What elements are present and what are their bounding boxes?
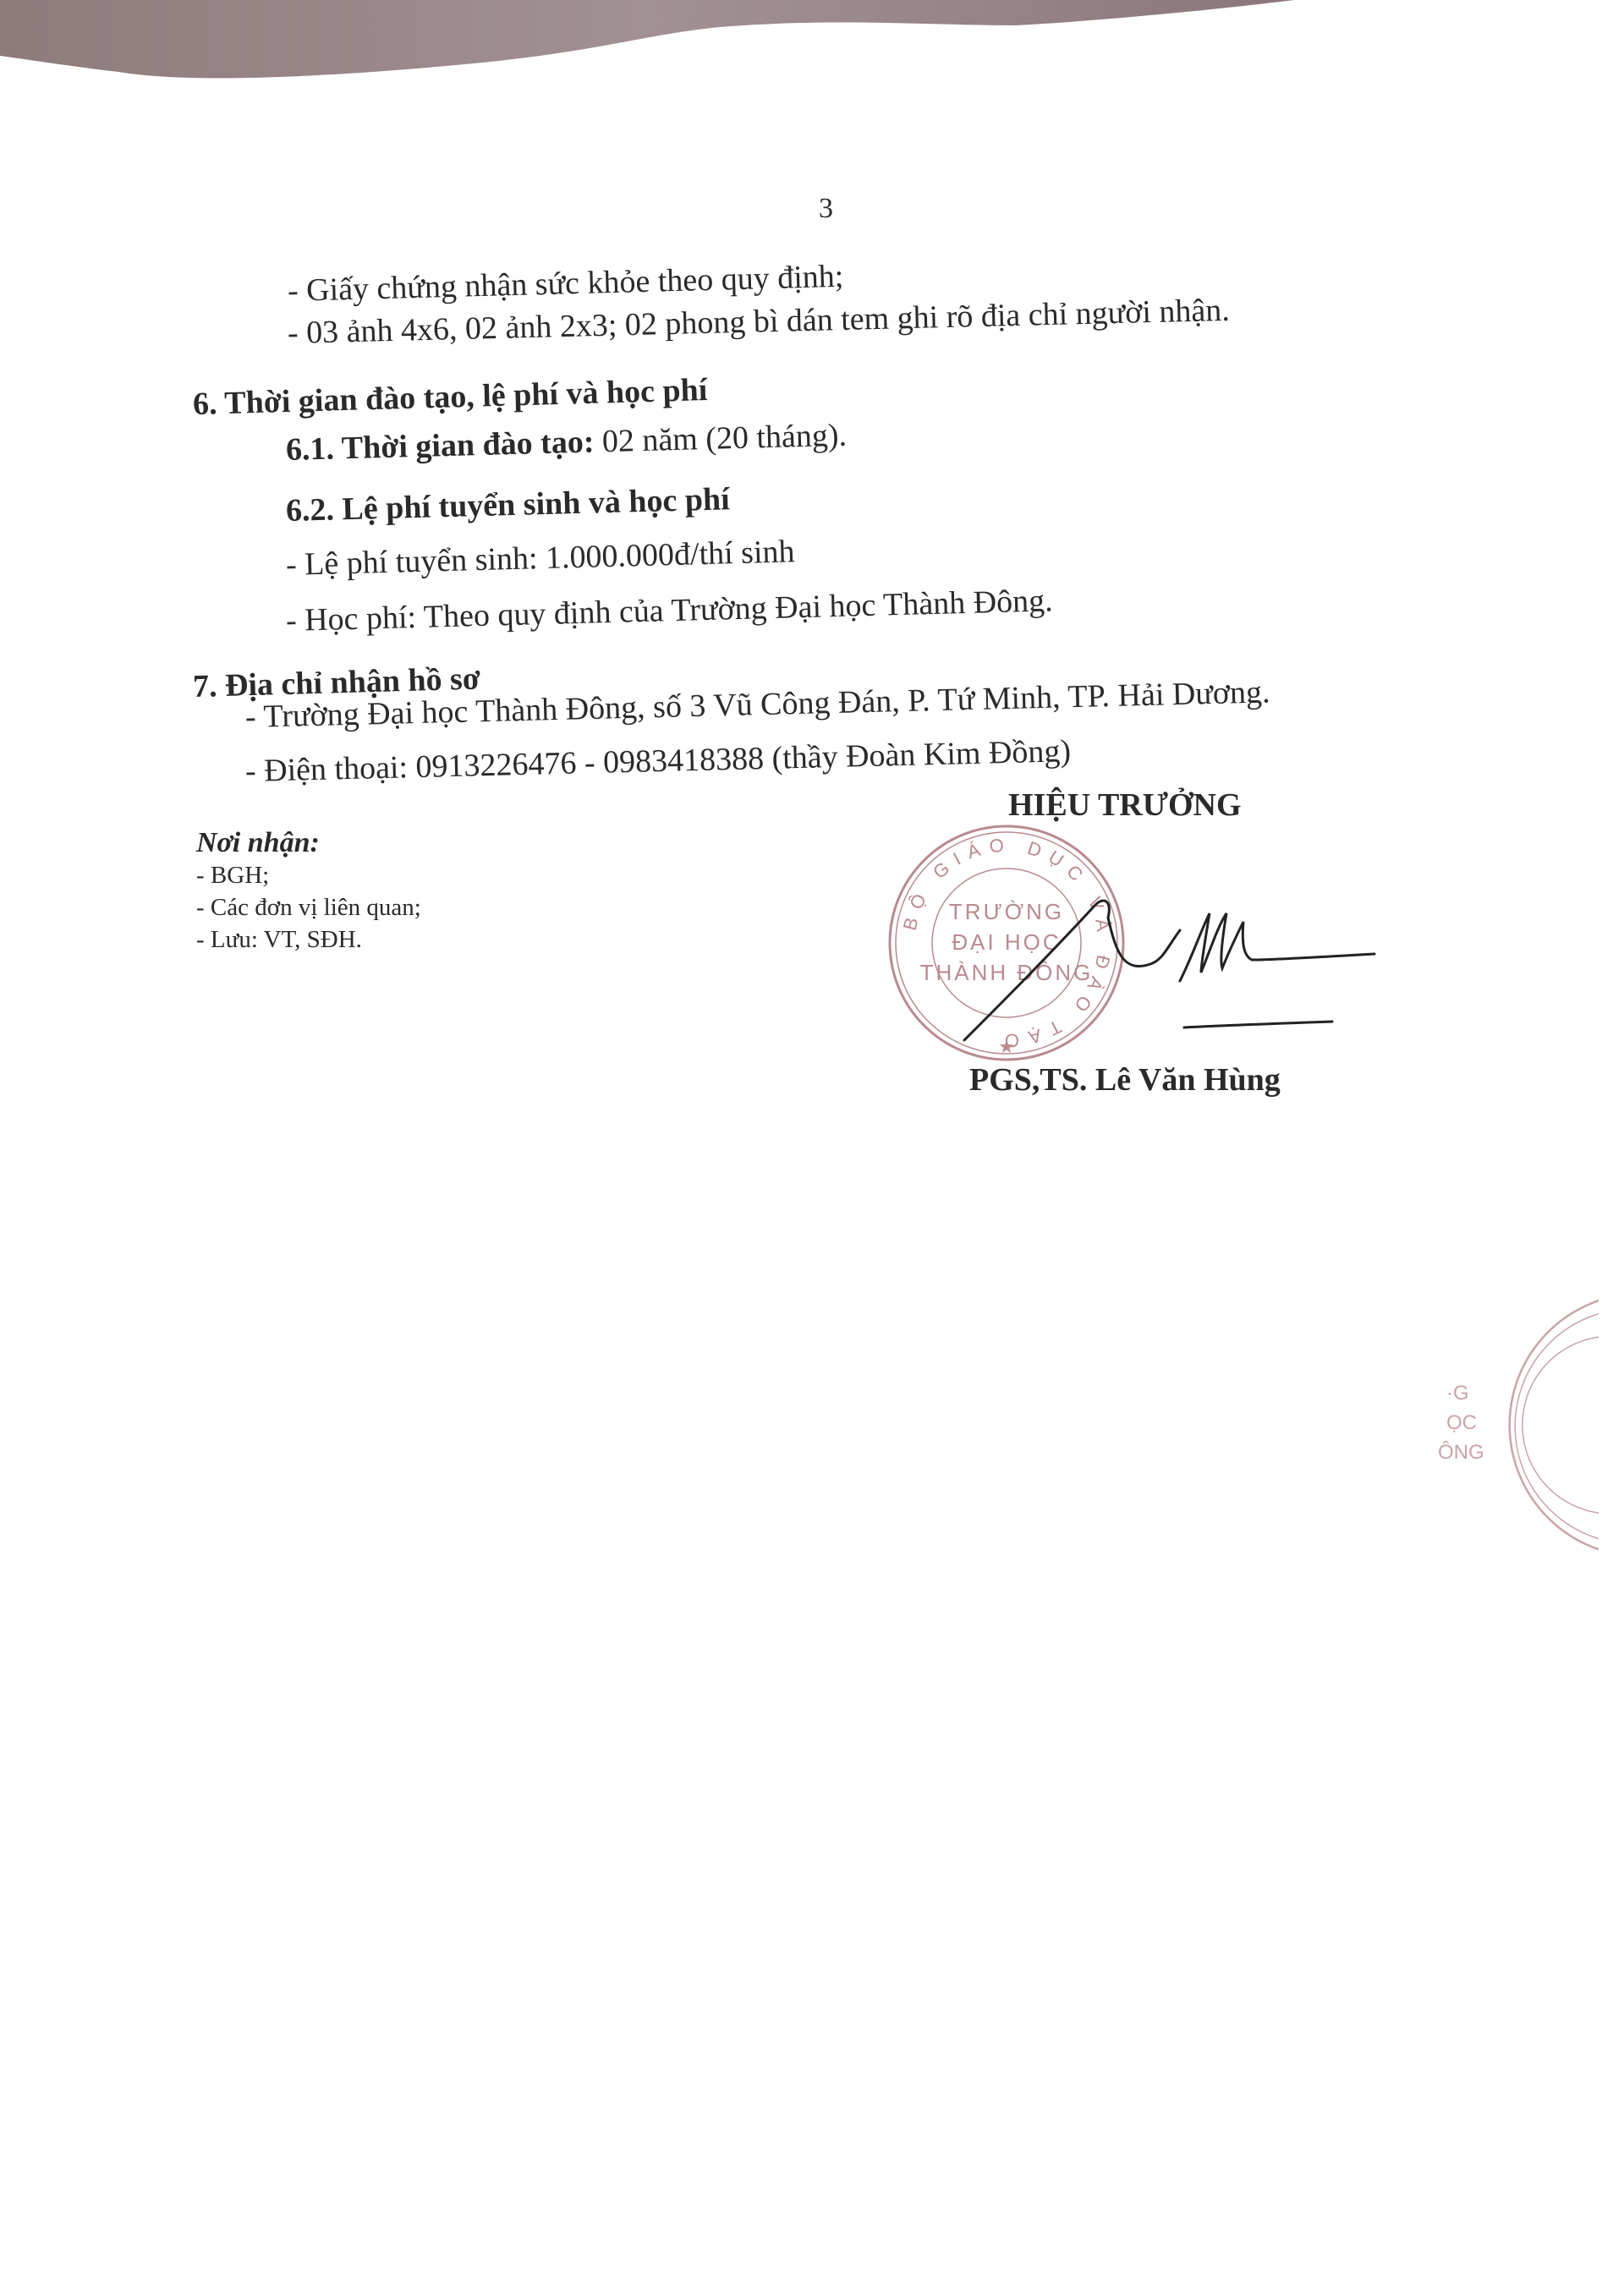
- recipient-item: - Các đơn vị liên quan;: [196, 891, 421, 923]
- scan-shadow: [0, 0, 1624, 101]
- tuition-fee: - Học phí: Theo quy định của Trường Đại …: [285, 582, 1053, 639]
- recipients-block: Nơi nhận: - BGH; - Các đơn vị liên quan;…: [196, 827, 421, 956]
- seal-offprint-line: ·G: [1446, 1382, 1469, 1405]
- page-number: 3: [819, 193, 833, 225]
- recipient-item: - Lưu: VT, SĐH.: [196, 923, 421, 956]
- seal-offprint-line: ỌC: [1446, 1411, 1477, 1434]
- recipient-item: - BGH;: [196, 859, 421, 891]
- section-6-2-heading: 6.2. Lệ phí tuyển sinh và học phí: [285, 480, 730, 529]
- section-6-heading: 6. Thời gian đào tạo, lệ phí và học phí: [192, 371, 707, 423]
- admission-fee: - Lệ phí tuyển sinh: 1.000.000đ/thí sinh: [285, 533, 795, 584]
- training-duration-label: 6.1. Thời gian đào tạo:: [285, 424, 595, 468]
- seal-offprint-icon: ·G ỌC ÔNG: [1429, 1285, 1599, 1564]
- requirement-health-certificate: - Giấy chứng nhận sức khỏe theo quy định…: [287, 258, 843, 310]
- recipients-title: Nơi nhận:: [196, 827, 421, 859]
- training-duration: 6.1. Thời gian đào tạo: 02 năm (20 tháng…: [285, 417, 847, 469]
- signature-icon: [947, 879, 1387, 1049]
- signature-title: HIỆU TRƯỞNG: [1008, 786, 1242, 824]
- signatory-name: PGS,TS. Lê Văn Hùng: [969, 1061, 1281, 1099]
- contact-phone: - Điện thoại: 0913226476 - 0983418388 (t…: [244, 732, 1071, 790]
- seal-offprint-line: ÔNG: [1438, 1440, 1484, 1464]
- training-duration-value: 02 năm (20 tháng).: [594, 418, 848, 460]
